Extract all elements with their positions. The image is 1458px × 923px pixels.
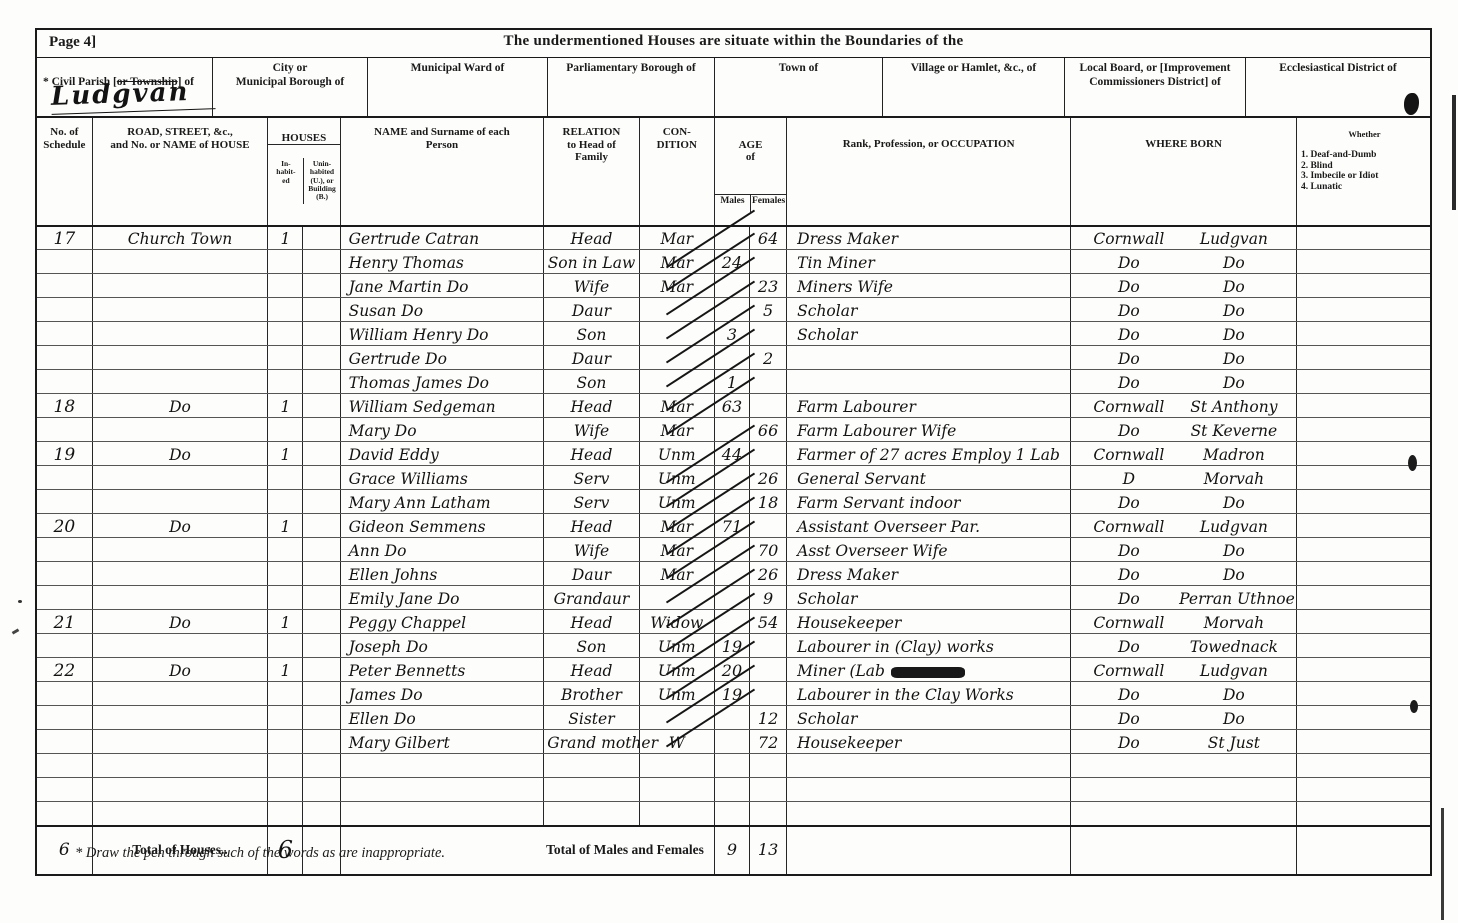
occupation-cell: Farm Labourer (787, 394, 1071, 418)
relation-cell: Daur (544, 346, 639, 370)
uninhabited-cell (303, 610, 340, 634)
inhabited-cell (268, 274, 303, 298)
age-female-cell: 5 (750, 298, 787, 322)
where-born-cell: DoDo (1071, 298, 1297, 322)
where-born-cell: DoPerran Uthnoe (1071, 586, 1297, 610)
occupation-cell: Housekeeper (787, 730, 1071, 754)
condition-cell (639, 778, 714, 802)
road-cell: Do (92, 394, 268, 418)
inhabited-cell (268, 754, 303, 778)
schedule-cell (37, 538, 92, 562)
schedule-cell: 22 (37, 658, 92, 682)
disability-cell (1296, 226, 1430, 250)
relation-cell (544, 754, 639, 778)
census-scan-page: Page 4] The undermentioned Houses are si… (0, 0, 1458, 923)
name-cell: Ellen Johns (340, 562, 544, 586)
uninhabited-cell (303, 730, 340, 754)
uninhabited-cell (303, 802, 340, 826)
local-board-cell: Local Board, or [Improvement Commissione… (1064, 58, 1245, 116)
condition-cell: Mar (639, 274, 714, 298)
relation-cell: Head (544, 514, 639, 538)
uninhabited-cell (303, 394, 340, 418)
col-header-disability: Whether 1. Deaf-and-Dumb 2. Blind 3. Imb… (1296, 118, 1430, 226)
census-row: 18 Do 1 William Sedgeman Head Mar 63 Far… (37, 394, 1430, 418)
census-row (37, 802, 1430, 826)
where-born-cell: DoDo (1071, 370, 1297, 394)
age-female-cell (750, 250, 787, 274)
total-females-cell: 13 (750, 826, 787, 874)
name-cell: Susan Do (340, 298, 544, 322)
name-cell: Mary Gilbert (340, 730, 544, 754)
age-female-cell (750, 682, 787, 706)
uninhabited-cell (303, 298, 340, 322)
schedule-cell (37, 730, 92, 754)
condition-cell (639, 298, 714, 322)
occupation-cell (787, 370, 1071, 394)
relation-cell: Head (544, 394, 639, 418)
road-cell: Do (92, 442, 268, 466)
schedule-cell (37, 586, 92, 610)
scan-edge-artifact (1452, 95, 1456, 210)
where-born-cell (1071, 754, 1297, 778)
inhabited-cell (268, 682, 303, 706)
where-born-cell (1071, 802, 1297, 826)
uninhabited-cell (303, 250, 340, 274)
uninhabited-cell (303, 418, 340, 442)
where-born-cell: DoDo (1071, 322, 1297, 346)
road-cell (92, 802, 268, 826)
col-header-houses-group: HOUSES In- habit- ed Unin- habited (U.),… (268, 118, 340, 226)
occupation-cell: Scholar (787, 706, 1071, 730)
occupation-cell: Miner (Lab (787, 658, 1071, 682)
occupation-cell: Farm Servant indoor (787, 490, 1071, 514)
where-born-cell: DoDo (1071, 706, 1297, 730)
inhabited-cell (268, 538, 303, 562)
name-cell: Gertrude Catran (340, 226, 544, 250)
disability-cell (1296, 418, 1430, 442)
condition-cell (639, 346, 714, 370)
disability-cell (1296, 346, 1430, 370)
schedule-cell (37, 346, 92, 370)
name-cell: Ellen Do (340, 706, 544, 730)
inhabited-cell: 1 (268, 610, 303, 634)
census-form-sheet: Page 4] The undermentioned Houses are si… (35, 28, 1432, 876)
civil-parish-value: Ludgvan (50, 75, 215, 114)
col-header-occupation: Rank, Profession, or OCCUPATION (787, 118, 1071, 226)
where-born-cell: DoDo (1071, 682, 1297, 706)
schedule-cell (37, 634, 92, 658)
col-header-relation: RELATION to Head of Family (544, 118, 639, 226)
age-female-cell: 70 (750, 538, 787, 562)
age-female-cell: 54 (750, 610, 787, 634)
age-female-cell: 66 (750, 418, 787, 442)
houses-group-title: HOUSES (268, 131, 339, 146)
parliamentary-borough-cell: Parliamentary Borough of (547, 58, 714, 116)
ecclesiastical-district-cell: Ecclesiastical District of (1245, 58, 1430, 116)
where-born-cell: CornwallMadron (1071, 442, 1297, 466)
name-cell: William Henry Do (340, 322, 544, 346)
schedule-cell (37, 754, 92, 778)
name-cell (340, 802, 544, 826)
name-cell: Thomas James Do (340, 370, 544, 394)
census-table-body: 17 Church Town 1 Gertrude Catran Head Ma… (37, 226, 1430, 826)
age-female-cell (750, 514, 787, 538)
schedule-cell (37, 322, 92, 346)
relation-cell: Son (544, 370, 639, 394)
condition-cell: Unm (639, 634, 714, 658)
name-cell: Jane Martin Do (340, 274, 544, 298)
schedule-cell (37, 682, 92, 706)
age-female-cell: 64 (750, 226, 787, 250)
disability-cell (1296, 370, 1430, 394)
disability-cell (1296, 634, 1430, 658)
relation-cell: Serv (544, 490, 639, 514)
name-cell: Henry Thomas (340, 250, 544, 274)
road-cell (92, 370, 268, 394)
uninhabited-cell (303, 586, 340, 610)
condition-cell (639, 754, 714, 778)
civil-parish-cell: * Civil Parish [or Township] of Ludgvan (37, 58, 212, 116)
total-males-cell: 9 (714, 826, 749, 874)
relation-cell: Son (544, 322, 639, 346)
uninhabited-cell (303, 490, 340, 514)
where-born-cell: DoSt Keverne (1071, 418, 1297, 442)
ink-blot (1410, 700, 1418, 713)
uninhabited-cell (303, 322, 340, 346)
occupation-cell: Farm Labourer Wife (787, 418, 1071, 442)
age-female-cell (750, 394, 787, 418)
age-female-cell: 9 (750, 586, 787, 610)
relation-cell: Wife (544, 538, 639, 562)
where-born-cell (1071, 778, 1297, 802)
relation-cell: Head (544, 226, 639, 250)
condition-cell: Mar (639, 538, 714, 562)
condition-cell: Widow (639, 610, 714, 634)
uninhabited-cell (303, 466, 340, 490)
condition-cell: Unm (639, 466, 714, 490)
occupation-cell: Dress Maker (787, 226, 1071, 250)
name-cell: Gertrude Do (340, 346, 544, 370)
condition-cell: Mar (639, 562, 714, 586)
age-female-cell: 18 (750, 490, 787, 514)
name-cell (340, 778, 544, 802)
occupation-cell: Miners Wife (787, 274, 1071, 298)
schedule-cell (37, 418, 92, 442)
disability-cell (1296, 274, 1430, 298)
age-female-cell (750, 754, 787, 778)
title-band: Page 4] The undermentioned Houses are si… (37, 30, 1430, 58)
age-female-cell (750, 322, 787, 346)
uninhabited-cell (303, 442, 340, 466)
disability-cell (1296, 394, 1430, 418)
uninhabited-cell (303, 274, 340, 298)
occupation-cell: Scholar (787, 586, 1071, 610)
where-born-cell: DoDo (1071, 490, 1297, 514)
disability-cell (1296, 298, 1430, 322)
where-born-cell: DMorvah (1071, 466, 1297, 490)
occupation-cell: Labourer in (Clay) works (787, 634, 1071, 658)
condition-cell: Mar (639, 418, 714, 442)
margin-mark (12, 628, 20, 634)
name-cell: Mary Do (340, 418, 544, 442)
totals-empty-cell (1071, 826, 1297, 874)
disability-cell (1296, 730, 1430, 754)
col-header-where-born: WHERE BORN (1071, 118, 1297, 226)
uninhabited-cell (303, 538, 340, 562)
scan-edge-artifact (1441, 808, 1444, 920)
relation-cell: Brother (544, 682, 639, 706)
census-row: Mary Gilbert Grand mother W 72 Housekeep… (37, 730, 1430, 754)
disability-cell (1296, 586, 1430, 610)
inhabited-cell (268, 778, 303, 802)
uninhabited-cell (303, 346, 340, 370)
name-cell: Joseph Do (340, 634, 544, 658)
road-cell (92, 274, 268, 298)
condition-cell (639, 370, 714, 394)
uninhabited-cell (303, 658, 340, 682)
relation-cell: Daur (544, 562, 639, 586)
occupation-cell: Housekeeper (787, 610, 1071, 634)
schedule-cell: 19 (37, 442, 92, 466)
totals-empty-cell (1296, 826, 1430, 874)
condition-cell: Unm (639, 442, 714, 466)
uninhabited-cell (303, 562, 340, 586)
name-cell: William Sedgeman (340, 394, 544, 418)
road-cell (92, 634, 268, 658)
relation-cell: Head (544, 658, 639, 682)
disability-cell (1296, 778, 1430, 802)
condition-cell: Mar (639, 226, 714, 250)
col-header-age-group: AGE of Males Females (714, 118, 786, 226)
relation-cell: Serv (544, 466, 639, 490)
name-cell: David Eddy (340, 442, 544, 466)
col-header-condition: CON- DITION (639, 118, 714, 226)
condition-cell: W (639, 730, 714, 754)
town-cell: Town of (714, 58, 882, 116)
age-group-title: AGE of (715, 131, 786, 182)
disability-cell (1296, 562, 1430, 586)
schedule-cell (37, 802, 92, 826)
col-header-females: Females (750, 195, 786, 212)
occupation-cell: Asst Overseer Wife (787, 538, 1071, 562)
name-cell: Grace Williams (340, 466, 544, 490)
age-female-cell (750, 442, 787, 466)
disability-cell (1296, 322, 1430, 346)
disability-cell (1296, 658, 1430, 682)
census-row (37, 778, 1430, 802)
age-female-cell: 2 (750, 346, 787, 370)
inhabited-cell: 1 (268, 226, 303, 250)
age-female-cell (750, 634, 787, 658)
relation-cell: Head (544, 610, 639, 634)
inhabited-cell (268, 562, 303, 586)
road-cell (92, 250, 268, 274)
age-male-cell (714, 802, 749, 826)
inhabited-cell (268, 346, 303, 370)
occupation-cell (787, 778, 1071, 802)
inhabited-cell (268, 418, 303, 442)
inhabited-cell: 1 (268, 658, 303, 682)
relation-cell: Wife (544, 418, 639, 442)
schedule-cell (37, 466, 92, 490)
disability-cell (1296, 754, 1430, 778)
uninhabited-cell (303, 634, 340, 658)
inhabited-cell (268, 370, 303, 394)
relation-cell: Wife (544, 274, 639, 298)
disability-cell (1296, 538, 1430, 562)
col-header-schedule: No. of Schedule (37, 118, 92, 226)
condition-cell (639, 586, 714, 610)
municipal-ward-cell: Municipal Ward of (367, 58, 547, 116)
road-cell: Do (92, 658, 268, 682)
schedule-cell: 18 (37, 394, 92, 418)
name-cell: Mary Ann Latham (340, 490, 544, 514)
relation-cell (544, 802, 639, 826)
relation-cell: Grand mother (544, 730, 639, 754)
road-cell (92, 730, 268, 754)
uninhabited-cell (303, 682, 340, 706)
road-cell: Do (92, 514, 268, 538)
schedule-cell (37, 562, 92, 586)
ink-blot (1408, 455, 1417, 471)
name-cell (340, 754, 544, 778)
where-born-cell: DoDo (1071, 346, 1297, 370)
where-born-cell: CornwallLudgvan (1071, 514, 1297, 538)
schedule-cell: 21 (37, 610, 92, 634)
age-female-cell: 26 (750, 466, 787, 490)
inhabited-cell: 1 (268, 514, 303, 538)
inhabited-cell (268, 298, 303, 322)
condition-cell (639, 322, 714, 346)
name-cell: Gideon Semmens (340, 514, 544, 538)
name-cell: Peter Bennetts (340, 658, 544, 682)
relation-cell: Sister (544, 706, 639, 730)
margin-mark (18, 600, 22, 603)
col-header-uninhabited: Unin- habited (U.), or Building (B.) (303, 158, 339, 204)
schedule-cell (37, 778, 92, 802)
where-born-cell: DoDo (1071, 250, 1297, 274)
age-female-cell: 26 (750, 562, 787, 586)
where-born-cell: CornwallLudgvan (1071, 658, 1297, 682)
disability-cell (1296, 802, 1430, 826)
condition-cell (639, 802, 714, 826)
column-header-row: No. of Schedule ROAD, STREET, &c., and N… (37, 118, 1430, 226)
totals-empty-cell (787, 826, 1071, 874)
road-cell (92, 586, 268, 610)
disability-cell (1296, 250, 1430, 274)
road-cell: Do (92, 610, 268, 634)
road-cell (92, 346, 268, 370)
where-born-cell: DoDo (1071, 538, 1297, 562)
schedule-cell (37, 706, 92, 730)
occupation-cell: Scholar (787, 298, 1071, 322)
condition-cell: Mar (639, 394, 714, 418)
age-male-cell (714, 754, 749, 778)
where-born-cell: DoDo (1071, 562, 1297, 586)
uninhabited-cell (303, 706, 340, 730)
uninhabited-cell (303, 514, 340, 538)
road-cell (92, 322, 268, 346)
col-header-road: ROAD, STREET, &c., and No. or NAME of HO… (92, 118, 268, 226)
inhabited-cell (268, 802, 303, 826)
inhabited-cell (268, 250, 303, 274)
age-female-cell (750, 658, 787, 682)
condition-cell: Unm (639, 658, 714, 682)
location-header-row: * Civil Parish [or Township] of Ludgvan … (37, 58, 1430, 118)
road-cell: Church Town (92, 226, 268, 250)
city-borough-cell: City or Municipal Borough of (212, 58, 367, 116)
disability-cell (1296, 490, 1430, 514)
uninhabited-cell (303, 778, 340, 802)
relation-cell: Son in Law (544, 250, 639, 274)
occupation-cell (787, 754, 1071, 778)
schedule-cell: 20 (37, 514, 92, 538)
age-female-cell: 23 (750, 274, 787, 298)
inhabited-cell (268, 634, 303, 658)
where-born-cell: DoSt Just (1071, 730, 1297, 754)
schedule-cell (37, 490, 92, 514)
relation-cell: Grandaur (544, 586, 639, 610)
road-cell (92, 754, 268, 778)
road-cell (92, 466, 268, 490)
ink-smudge (891, 667, 965, 678)
name-cell: James Do (340, 682, 544, 706)
disability-cell (1296, 514, 1430, 538)
relation-cell: Son (544, 634, 639, 658)
where-born-cell: CornwallSt Anthony (1071, 394, 1297, 418)
where-born-cell: DoTowednack (1071, 634, 1297, 658)
condition-cell: Unm (639, 490, 714, 514)
age-female-cell: 12 (750, 706, 787, 730)
schedule-cell (37, 274, 92, 298)
name-cell: Ann Do (340, 538, 544, 562)
relation-cell: Daur (544, 298, 639, 322)
col-header-name: NAME and Surname of each Person (340, 118, 544, 226)
uninhabited-cell (303, 370, 340, 394)
where-born-cell: DoDo (1071, 274, 1297, 298)
age-female-cell (750, 370, 787, 394)
occupation-cell (787, 802, 1071, 826)
age-male-cell (714, 730, 749, 754)
village-hamlet-cell: Village or Hamlet, &c., of (882, 58, 1064, 116)
name-cell: Peggy Chappel (340, 610, 544, 634)
occupation-cell: Scholar (787, 322, 1071, 346)
occupation-cell: Assistant Overseer Par. (787, 514, 1071, 538)
form-title: The undermentioned Houses are situate wi… (37, 33, 1430, 50)
relation-cell: Head (544, 442, 639, 466)
condition-cell: Unm (639, 682, 714, 706)
col-header-inhabited: In- habit- ed (268, 158, 303, 204)
census-table: No. of Schedule ROAD, STREET, &c., and N… (37, 118, 1430, 874)
road-cell (92, 490, 268, 514)
where-born-cell: CornwallLudgvan (1071, 226, 1297, 250)
inhabited-cell: 1 (268, 442, 303, 466)
condition-cell: Mar (639, 514, 714, 538)
age-female-cell (750, 802, 787, 826)
occupation-cell: General Servant (787, 466, 1071, 490)
inhabited-cell: 1 (268, 394, 303, 418)
form-footnote: * Draw the pen through such of the words… (75, 845, 445, 862)
disability-list: 1. Deaf-and-Dumb 2. Blind 3. Imbecile or… (1301, 150, 1378, 191)
uninhabited-cell (303, 754, 340, 778)
road-cell (92, 682, 268, 706)
disability-cell (1296, 610, 1430, 634)
uninhabited-cell (303, 226, 340, 250)
road-cell (92, 562, 268, 586)
age-female-cell (750, 778, 787, 802)
disability-whether-label: Whether (1301, 130, 1428, 139)
inhabited-cell (268, 322, 303, 346)
